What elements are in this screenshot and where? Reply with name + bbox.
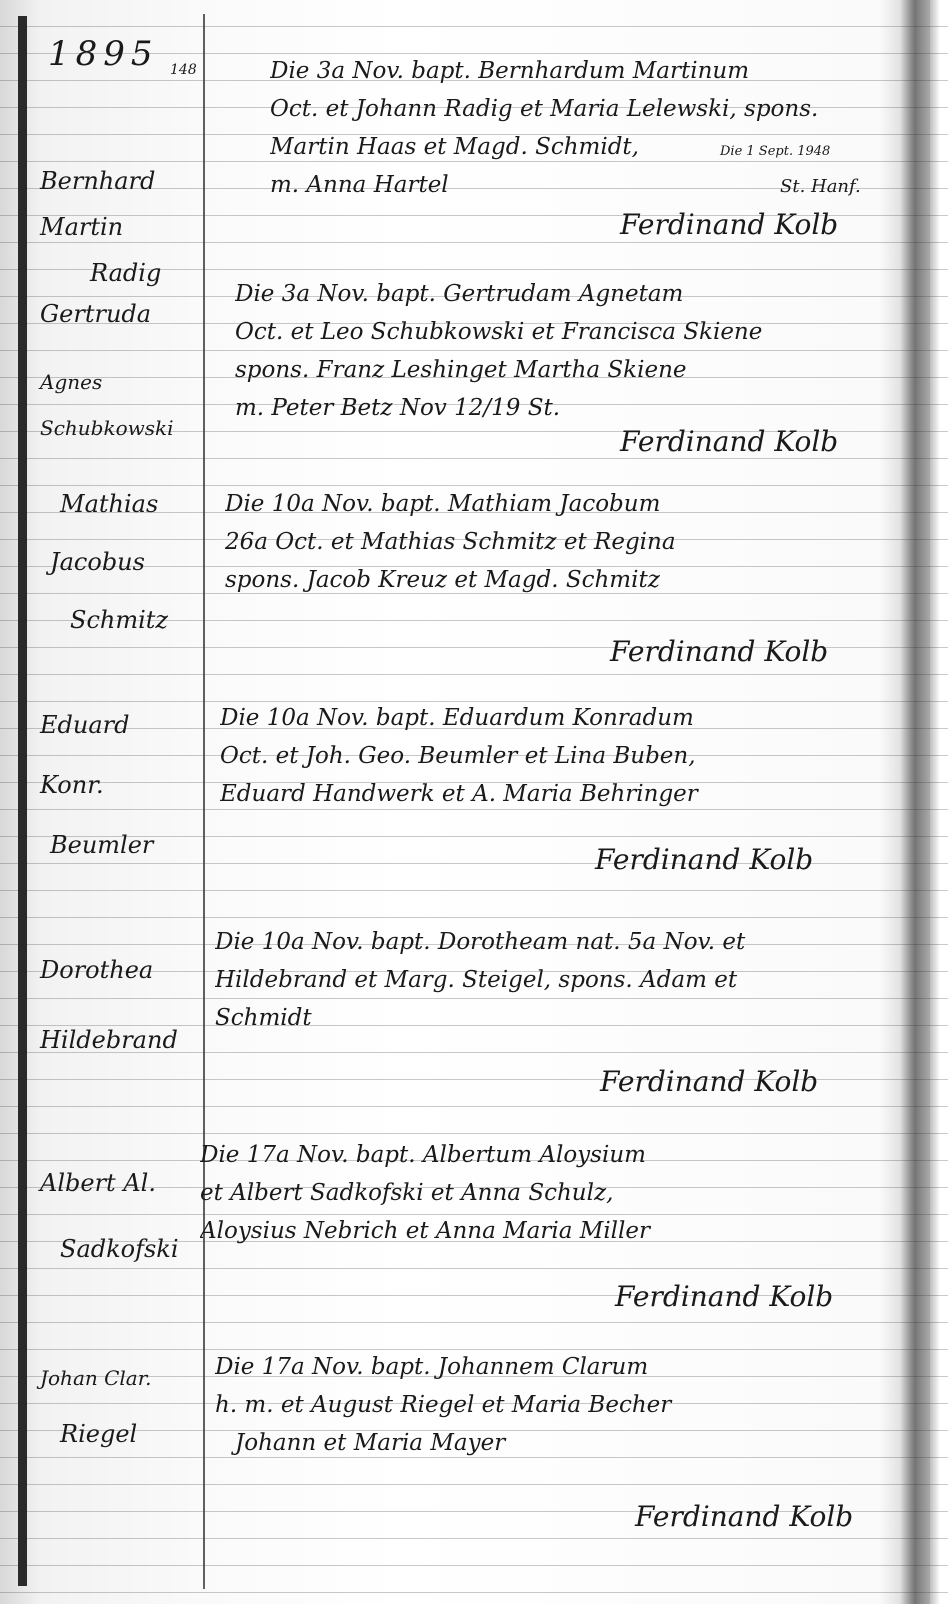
margin-name: Eduard Konr. Beumler	[40, 695, 200, 875]
margin-name: Johan Clar. Riegel	[40, 1350, 200, 1462]
annotation: Die 1 Sept. 1948	[720, 144, 830, 159]
priest-signature: Ferdinand Kolb	[620, 208, 838, 241]
annotation: St. Hanf.	[780, 176, 861, 197]
register-page: 1895 148 Bernhard Martin Radig Die 3a No…	[0, 0, 948, 1604]
priest-signature: Ferdinand Kolb	[615, 1280, 833, 1313]
entry-text: Die 17a Nov. bapt. Johannem Clarum h. m.…	[215, 1348, 915, 1462]
binding-edge	[18, 16, 27, 1586]
entry-text: Die 10a Nov. bapt. Eduardum Konradum Oct…	[220, 699, 920, 813]
margin-name: Gertruda Agnes Schubkowski	[40, 291, 200, 451]
entry-text: Die 3a Nov. bapt. Gertrudam Agnetam Oct.…	[235, 275, 935, 427]
page-number: 148	[170, 62, 197, 78]
priest-signature: Ferdinand Kolb	[635, 1500, 853, 1533]
margin-name: Albert Al. Sadkofski	[40, 1150, 200, 1282]
priest-signature: Ferdinand Kolb	[595, 843, 813, 876]
register-year: 1895	[48, 34, 159, 74]
priest-signature: Ferdinand Kolb	[610, 635, 828, 668]
column-divider	[203, 14, 205, 1589]
entry-text: Die 10a Nov. bapt. Dorotheam nat. 5a Nov…	[215, 923, 915, 1037]
margin-name: Mathias Jacobus Schmitz	[40, 475, 200, 649]
margin-name: Dorothea Hildebrand	[40, 935, 200, 1075]
priest-signature: Ferdinand Kolb	[600, 1065, 818, 1098]
entry-text: Die 17a Nov. bapt. Albertum Aloysium et …	[200, 1136, 900, 1250]
priest-signature: Ferdinand Kolb	[620, 425, 838, 458]
entry-text: Die 10a Nov. bapt. Mathiam Jacobum 26a O…	[225, 485, 925, 599]
margin-name: Bernhard Martin Radig	[40, 158, 200, 296]
